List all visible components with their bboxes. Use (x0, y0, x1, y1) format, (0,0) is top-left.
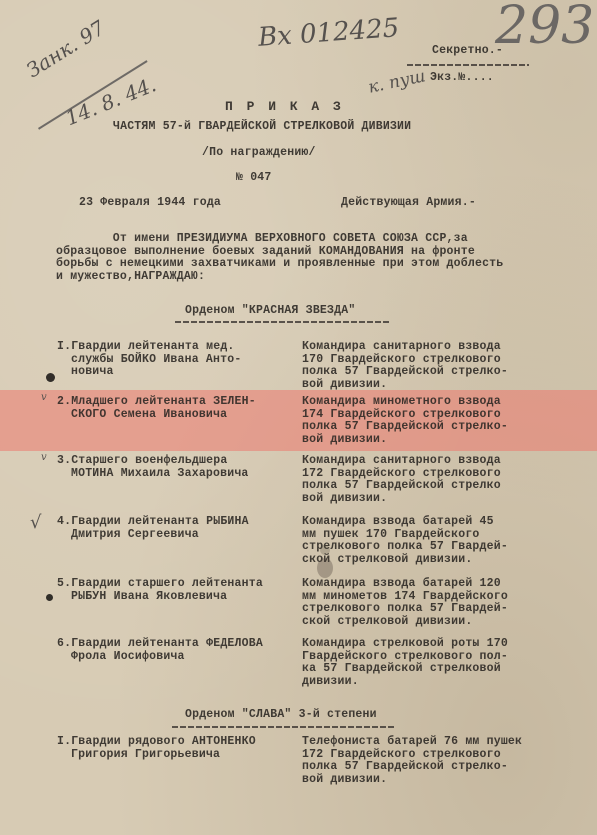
recipient-name: 2.Младшего лейтенанта ЗЕЛЕН-СКОГО Семена… (57, 396, 287, 421)
recipient-name: 3.Старшего военфельдшераМОТИНА Михаила З… (57, 455, 287, 480)
order-title: П Р И К А З (225, 101, 344, 114)
recipient-position-line: полка 57 Гвардейской стрелко- (302, 366, 562, 379)
recipient-name-line: I.Гвардии лейтенанта мед. (57, 341, 287, 354)
recipient-position-line: Командира стрелковой роты 170 (302, 638, 562, 651)
recipient-name-line: МОТИНА Михаила Захаровича (57, 468, 287, 481)
recipient-name: 6.Гвардии лейтенанта ФЕДЕЛОВАФрола Иосиф… (57, 638, 287, 663)
section-heading-glory: Орденом "СЛАВА" 3-й степени (185, 709, 377, 722)
order-purpose: /По награждению/ (202, 147, 316, 160)
recipient-name-line: 6.Гвардии лейтенанта ФЕДЕЛОВА (57, 638, 287, 651)
order-number: № 047 (236, 172, 272, 185)
recipient-position: Командира санитарного взвода170 Гвардейс… (302, 341, 562, 391)
recipient-position-line: вой дивизии. (302, 434, 562, 447)
recipient-position: Командира взвода батарей 45мм пушек 170 … (302, 516, 562, 566)
recipient-position-line: Командира санитарного взвода (302, 455, 562, 468)
recipient-position: Командира стрелковой роты 170Гвардейског… (302, 638, 562, 688)
recipient-name-line: РЫБУН Ивана Яковлевича (57, 591, 287, 604)
recipient-name: 4.Гвардии лейтенанта РЫБИНАДмитрия Серге… (57, 516, 287, 541)
section-heading-red-star: Орденом "КРАСНАЯ ЗВЕЗДА" (185, 305, 355, 318)
preamble: От имени ПРЕЗИДИУМА ВЕРХОВНОГО СОВЕТА СО… (56, 233, 503, 283)
recipient-name: 5.Гвардии старшего лейтенантаРЫБУН Ивана… (57, 578, 287, 603)
section-heading-underline (175, 321, 390, 323)
margin-checkmark: v (41, 392, 47, 403)
order-subtitle: ЧАСТЯМ 57-й ГВАРДЕЙСКОЙ СТРЕЛКОВОЙ ДИВИЗ… (113, 121, 411, 134)
margin-checkmark: v (41, 452, 47, 463)
preamble-line: и мужество,НАГРАЖДАЮ: (56, 271, 503, 284)
recipient-position-line: Командира санитарного взвода (302, 341, 562, 354)
recipient-position-line: ской стрелковой дивизии. (302, 554, 562, 567)
recipient-name-line: 3.Старшего военфельдшера (57, 455, 287, 468)
preamble-line: борьбы с немецкими захватчиками и проявл… (56, 258, 503, 271)
recipient-position-line: стрелкового полка 57 Гвардей- (302, 603, 562, 616)
recipient-position-line: Телефониста батарей 76 мм пушек (302, 736, 562, 749)
recipient-position-line: стрелкового полка 57 Гвардей- (302, 541, 562, 554)
copy-number-label: Экз.№.... (430, 72, 494, 85)
order-date: 23 Февраля 1944 года (79, 197, 221, 210)
recipient-position-line: полка 57 Гвардейской стрелко (302, 480, 562, 493)
handwritten-initials: к. пуш (367, 66, 428, 98)
secrecy-underline (407, 64, 529, 66)
handwritten-page-number: 293 (495, 0, 594, 56)
recipient-name-line: СКОГО Семена Ивановича (57, 409, 287, 422)
recipient-name-line: Григория Григорьевича (57, 749, 287, 762)
handwritten-margin-note: Занк. 97 (22, 16, 109, 83)
ink-stain (320, 545, 330, 555)
recipient-name: I.Гвардии лейтенанта мед.службы БОЙКО Ив… (57, 341, 287, 379)
punch-hole-mark (46, 594, 53, 601)
punch-hole-mark (46, 373, 55, 382)
recipient-position-line: вой дивизии. (302, 774, 562, 787)
recipient-position-line: дивизии. (302, 676, 562, 689)
order-location: Действующая Армия.- (341, 197, 476, 210)
recipient-name-line: Фрола Иосифовича (57, 651, 287, 664)
recipient-position-line: вой дивизии. (302, 493, 562, 506)
recipient-name-line: Дмитрия Сергеевича (57, 529, 287, 542)
recipient-position-line: Командира взвода батарей 45 (302, 516, 562, 529)
recipient-position-line: ка 57 Гвардейской стрелковой (302, 663, 562, 676)
section-heading-underline (172, 726, 394, 728)
recipient-position-line: вой дивизии. (302, 379, 562, 392)
handwritten-archive-number: Вх 012425 (257, 13, 400, 53)
recipient-position-line: полка 57 Гвардейской стрелко- (302, 761, 562, 774)
recipient-position: Телефониста батарей 76 мм пушек172 Гвард… (302, 736, 562, 786)
recipient-name-line: новича (57, 366, 287, 379)
recipient-name: I.Гвардии рядового АНТОНЕНКОГригория Гри… (57, 736, 287, 761)
recipient-name-line: I.Гвардии рядового АНТОНЕНКО (57, 736, 287, 749)
recipient-position: Командира взвода батарей 120мм минометов… (302, 578, 562, 628)
recipient-position-line: ской стрелковой дивизии. (302, 616, 562, 629)
preamble-line: От имени ПРЕЗИДИУМА ВЕРХОВНОГО СОВЕТА СО… (56, 233, 503, 246)
recipient-position: Командира минометного взвода174 Гвардейс… (302, 396, 562, 446)
recipient-name-line: 2.Младшего лейтенанта ЗЕЛЕН- (57, 396, 287, 409)
recipient-position-line: полка 57 Гвардейской стрелко- (302, 421, 562, 434)
recipient-position: Командира санитарного взвода172 Гвардейс… (302, 455, 562, 505)
recipient-name-line: 4.Гвардии лейтенанта РЫБИНА (57, 516, 287, 529)
margin-checkmark: √ (30, 512, 41, 533)
recipient-name-line: 5.Гвардии старшего лейтенанта (57, 578, 287, 591)
secrecy-label: Секретно.- (432, 45, 503, 58)
ink-stain (317, 558, 333, 578)
recipient-position-line: Командира минометного взвода (302, 396, 562, 409)
recipient-position-line: Командира взвода батарей 120 (302, 578, 562, 591)
